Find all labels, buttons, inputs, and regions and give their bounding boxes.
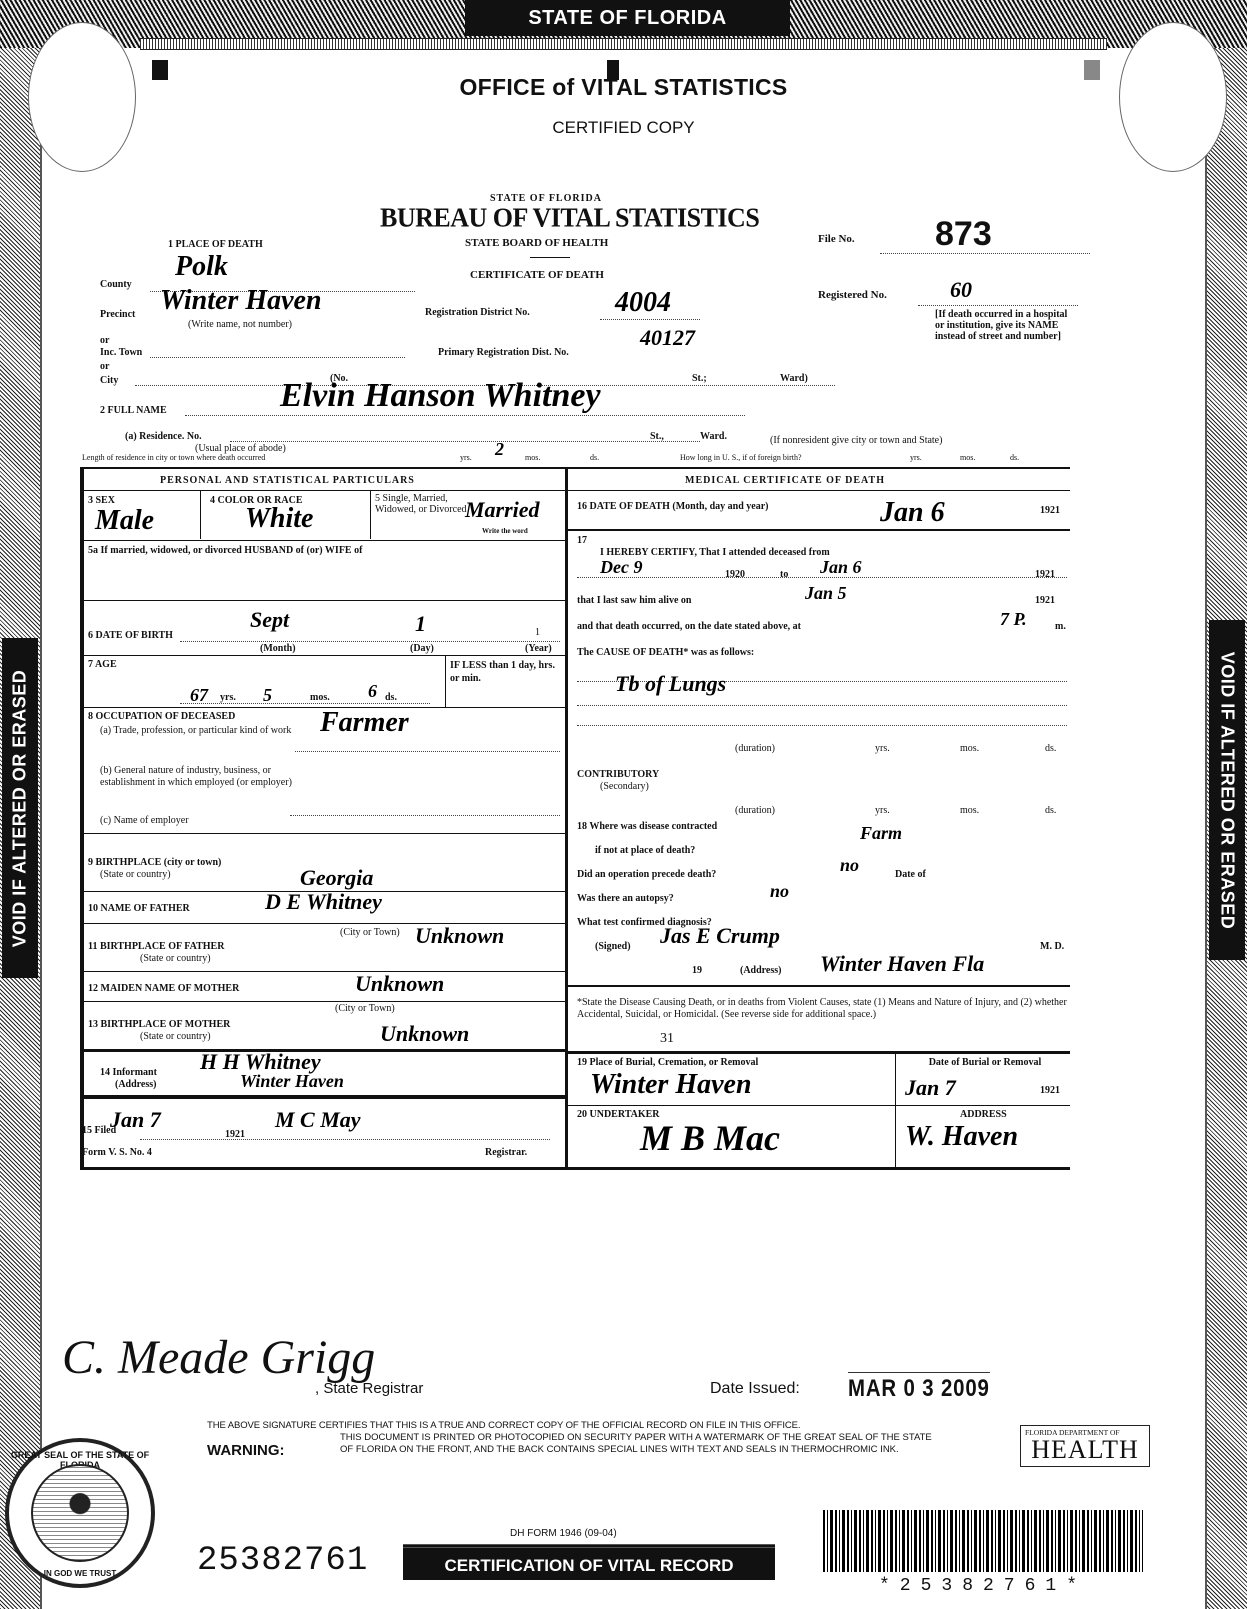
state-registrar-label: , State Registrar (315, 1380, 423, 1397)
seal-emblem (31, 1464, 129, 1562)
length-mos-label: mos. (525, 453, 540, 462)
autopsy-label: Was there an autopsy? (577, 893, 674, 904)
death-certificate: STATE OF FLORIDA BUREAU OF VITAL STATIST… (80, 185, 1090, 1170)
father-birthplace-hint: (State or country) (140, 953, 211, 964)
birthplace-value: Georgia (300, 865, 373, 891)
hospital-note: [If death occurred in a hospital or inst… (935, 309, 1075, 342)
autopsy-value: no (770, 881, 789, 902)
cause-label: The CAUSE OF DEATH* was as follows: (577, 647, 754, 658)
signed-label: (Signed) (595, 941, 631, 952)
secondary-label: (Secondary) (600, 781, 649, 792)
full-name-value: Elvin Hanson Whitney (280, 377, 601, 415)
seal-motto: IN GOD WE TRUST (9, 1569, 151, 1578)
duration-yrs-label: yrs. (875, 743, 890, 754)
state-registrar-signature: C. Meade Grigg (62, 1330, 375, 1385)
mother-label: 12 MAIDEN NAME OF MOTHER (88, 983, 239, 994)
informant-label: 14 Informant (100, 1067, 157, 1078)
reg-district-value: 4004 (615, 287, 671, 319)
attended-to: Jan 6 (820, 557, 862, 578)
medical-heading: MEDICAL CERTIFICATE OF DEATH (685, 475, 885, 486)
burial-date-value: Jan 7 (905, 1075, 956, 1101)
us-mos-label: mos. (960, 453, 975, 462)
city-label: City (100, 375, 118, 386)
primary-reg-label: Primary Registration Dist. No. (438, 347, 569, 358)
bureau-title: BUREAU OF VITAL STATISTICS (380, 202, 759, 234)
if-less-label: IF LESS than 1 day, hrs. or min. (450, 659, 560, 685)
age-mos-label: mos. (310, 692, 330, 703)
physician-signature: Jas E Crump (660, 923, 780, 949)
footnote-number: 31 (660, 1031, 674, 1047)
duration-ds-label: ds. (1045, 743, 1056, 754)
mother-birthplace-hint: (State or country) (140, 1031, 211, 1042)
certified-copy-label: CERTIFIED COPY (0, 118, 1247, 138)
undertaker-address-label: ADDRESS (960, 1109, 1007, 1120)
occupation-value: Farmer (320, 707, 409, 739)
registered-no-label: Registered No. (818, 289, 887, 301)
undertaker-address-value: W. Haven (905, 1121, 1018, 1153)
age-days: 6 (368, 681, 377, 702)
time-of-death: 7 P. (1000, 609, 1027, 630)
us-yrs-label: yrs. (910, 453, 922, 462)
mother-birthplace-value: Unknown (380, 1021, 469, 1047)
nineteen-label: 19 (692, 965, 702, 976)
certificate-serial-number: 25382761 (197, 1542, 368, 1580)
length-mos-value: 2 (495, 439, 504, 460)
file-no-label: File No. (818, 233, 855, 245)
burial-place-value: Winter Haven (590, 1069, 752, 1101)
file-number: 873 (935, 215, 992, 254)
occurred-label: and that death occurred, on the date sta… (577, 621, 801, 632)
father-birthplace-label: 11 BIRTHPLACE OF FATHER (88, 941, 224, 952)
full-name-label: 2 FULL NAME (100, 405, 167, 416)
sex-value: Male (95, 505, 154, 537)
void-warning-left: VOID IF ALTERED OR ERASED (2, 638, 38, 978)
time-m-label: m. (1055, 621, 1066, 632)
dob-label: 6 DATE OF BIRTH (88, 630, 173, 641)
great-seal-icon: GREAT SEAL OF THE STATE OF FLORIDA IN GO… (5, 1438, 155, 1588)
city-st-label: St.; (692, 373, 707, 384)
length-residence-label: Length of residence in city or town wher… (82, 453, 265, 462)
month-hint: (Month) (260, 643, 296, 654)
marital-hint: Write the word (482, 527, 528, 535)
age-ds-label: ds. (385, 692, 397, 703)
primary-reg-value: 40127 (640, 325, 695, 351)
us-residence-label: How long in U. S., if of foreign birth? (680, 453, 802, 462)
contributory-label: CONTRIBUTORY (577, 769, 659, 780)
contracted-value: Farm (860, 823, 902, 844)
or-label-2: or (100, 361, 109, 372)
certification-statement: THE ABOVE SIGNATURE CERTIFIES THAT THIS … (207, 1420, 800, 1431)
birthplace-hint: (State or country) (100, 869, 171, 880)
attended-to-year: 1921 (1035, 569, 1055, 580)
county-value: Polk (175, 251, 228, 283)
precinct-value: Winter Haven (160, 285, 322, 317)
certificate-type: CERTIFICATE OF DEATH (470, 269, 604, 281)
last-saw-label: that I last saw him alive on (577, 595, 691, 606)
marital-value: Married (465, 497, 540, 523)
father-city-town-hint: (City or Town) (340, 927, 400, 938)
us-ds-label: ds. (1010, 453, 1019, 462)
dob-year: 1 (535, 627, 540, 638)
age-yrs-label: yrs. (220, 692, 236, 703)
father-birthplace-value: Unknown (415, 923, 504, 949)
father-label: 10 NAME OF FATHER (88, 903, 190, 914)
precinct-label: Precinct (100, 309, 135, 320)
dod-value: Jan 6 (880, 497, 945, 529)
dh-form-number: DH FORM 1946 (09-04) (510, 1528, 617, 1539)
contracted-label: 18 Where was disease contracted (577, 821, 717, 832)
attended-from: Dec 9 (600, 557, 642, 578)
office-title: OFFICE of VITAL STATISTICS (0, 74, 1247, 101)
health-logo-title: HEALTH (1021, 1437, 1149, 1463)
operation-label: Did an operation precede death? (577, 869, 716, 880)
length-ds-label: ds. (590, 453, 599, 462)
registered-number: 60 (950, 277, 972, 303)
day-hint: (Day) (410, 643, 434, 654)
occupation-b-label: (b) General nature of industry, business… (100, 765, 320, 789)
item-17-label: 17 (577, 535, 587, 546)
physician-address-label: (Address) (740, 965, 781, 976)
informant-address-label: (Address) (115, 1079, 156, 1090)
residence-st-label: St., (650, 431, 664, 442)
age-label: 7 AGE (88, 659, 117, 670)
board-heading: STATE BOARD OF HEALTH (465, 237, 608, 249)
certification-banner: CERTIFICATION OF VITAL RECORD (403, 1544, 775, 1580)
informant-address-value: Winter Haven (240, 1071, 344, 1092)
cause-value: Tb of Lungs (615, 671, 726, 697)
precinct-hint: (Write name, not number) (188, 319, 292, 330)
registrar-label: Registrar. (485, 1147, 527, 1158)
duration-ds-label-2: ds. (1045, 805, 1056, 816)
or-label: or (100, 335, 109, 346)
race-value: White (245, 503, 313, 535)
place-of-death-label: 1 PLACE OF DEATH (168, 239, 263, 250)
last-saw-year: 1921 (1035, 595, 1055, 606)
warning-label: WARNING: (207, 1442, 285, 1459)
burial-date-label: Date of Burial or Removal (920, 1057, 1050, 1068)
undertaker-value: M B Mac (640, 1117, 780, 1159)
mother-birthplace-label: 13 BIRTHPLACE OF MOTHER (88, 1019, 230, 1030)
duration-yrs-label-2: yrs. (875, 805, 890, 816)
to-label: to (780, 569, 788, 580)
top-rule (140, 38, 1107, 50)
operation-date-label: Date of (895, 869, 926, 880)
mother-value: Unknown (355, 971, 444, 997)
physician-address: Winter Haven Fla (820, 951, 984, 977)
nonresident-hint: (If nonresident give city or town and St… (770, 435, 942, 446)
filed-date: Jan 7 (110, 1107, 161, 1133)
burial-place-label: 19 Place of Burial, Cremation, or Remova… (577, 1057, 758, 1068)
state-banner: STATE OF FLORIDA (465, 0, 790, 36)
residence-ward-label: Ward. (700, 431, 727, 442)
duration-mos-label: mos. (960, 743, 979, 754)
occupation-a-label: (a) Trade, profession, or particular kin… (100, 725, 310, 737)
occupation-label: 8 OCCUPATION OF DECEASED (88, 711, 235, 722)
attended-from-year: 1920 (725, 569, 745, 580)
void-warning-right: VOID IF ALTERED OR ERASED (1209, 620, 1245, 960)
city-ward-label: Ward) (780, 373, 808, 384)
form-number: Form V. S. No. 4 (82, 1147, 152, 1158)
spouse-label: 5a If married, widowed, or divorced HUSB… (88, 545, 388, 557)
not-at-place-label: if not at place of death? (595, 845, 695, 856)
operation-value: no (840, 855, 859, 876)
dob-day: 1 (415, 611, 426, 637)
county-label: County (100, 279, 132, 290)
length-yrs-label: yrs. (460, 453, 472, 462)
duration-label-2: (duration) (735, 805, 775, 816)
inc-town-label: Inc. Town (100, 347, 142, 358)
year-hint: (Year) (525, 643, 552, 654)
reg-district-label: Registration District No. (425, 307, 530, 318)
residence-label: (a) Residence. No. (125, 431, 202, 442)
date-issued-value: MAR 0 3 2009 (848, 1372, 990, 1403)
cause-footnote: *State the Disease Causing Death, or in … (577, 997, 1067, 1021)
warning-text: THIS DOCUMENT IS PRINTED OR PHOTOCOPIED … (340, 1432, 940, 1456)
florida-health-logo: FLORIDA DEPARTMENT OF HEALTH (1020, 1425, 1150, 1467)
last-saw-value: Jan 5 (805, 583, 847, 604)
duration-mos-label-2: mos. (960, 805, 979, 816)
occupation-c-label: (c) Name of employer (100, 815, 189, 826)
mother-city-town-hint: (City or Town) (335, 1003, 395, 1014)
marital-label: 5 Single, Married, Widowed, or Divorced (375, 493, 470, 515)
birthplace-label: 9 BIRTHPLACE (city or town) (88, 857, 221, 868)
md-label: M. D. (1040, 941, 1064, 952)
burial-year: 1921 (1040, 1085, 1060, 1096)
dob-month: Sept (250, 607, 289, 633)
barcode-icon (823, 1510, 1143, 1572)
date-issued-label: Date Issued: (710, 1380, 800, 1398)
local-registrar-signature: M C May (275, 1107, 361, 1133)
personal-heading: PERSONAL AND STATISTICAL PARTICULARS (160, 475, 415, 486)
father-value: D E Whitney (265, 889, 382, 915)
duration-label: (duration) (735, 743, 775, 754)
dod-year: 1921 (1040, 505, 1060, 516)
dod-label: 16 DATE OF DEATH (Month, day and year) (577, 501, 817, 513)
barcode-text: *25382761* (823, 1576, 1143, 1596)
